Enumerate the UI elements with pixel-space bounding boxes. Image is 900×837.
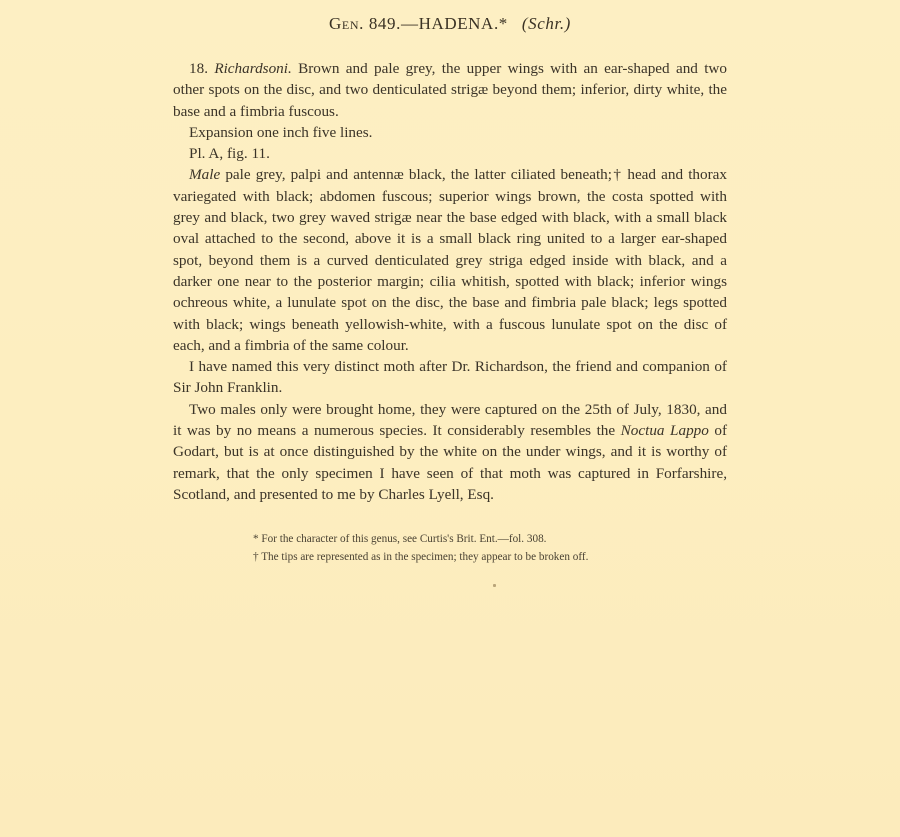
plate-reference: Pl. A, fig. 11. <box>173 143 727 164</box>
page-header: Gen. 849.—HADENA.*(Schr.) <box>0 14 900 34</box>
genus-heading: Gen. 849.—HADENA.* <box>329 14 508 33</box>
capture-paragraph: Two males only were brought home, they w… <box>173 399 727 505</box>
species-number: 18. <box>189 60 208 77</box>
footnote-genus: * For the character of this genus, see C… <box>253 530 673 548</box>
species-name: Richardsoni. <box>214 60 291 77</box>
paper-speck <box>493 584 496 587</box>
diagnosis-paragraph: 18. Richardsoni. Brown and pale grey, th… <box>173 58 727 122</box>
description-sex: Male <box>189 166 220 183</box>
footnote-antennae: † The tips are represented as in the spe… <box>253 548 673 566</box>
naming-paragraph: I have named this very distinct moth aft… <box>173 356 727 399</box>
genus-authority: (Schr.) <box>522 14 571 33</box>
related-species-name: Noctua Lappo <box>621 422 709 439</box>
footnotes: * For the character of this genus, see C… <box>253 530 673 566</box>
page: Gen. 849.—HADENA.*(Schr.) 18. Richardson… <box>0 0 900 837</box>
expansion-text: Expansion one inch five lines. <box>173 122 727 143</box>
description-paragraph: Male pale grey, palpi and antennæ black,… <box>173 164 727 356</box>
description-text: pale grey, palpi and antennæ black, the … <box>173 166 727 353</box>
species-entry: 18. Richardsoni. Brown and pale grey, th… <box>173 58 727 505</box>
